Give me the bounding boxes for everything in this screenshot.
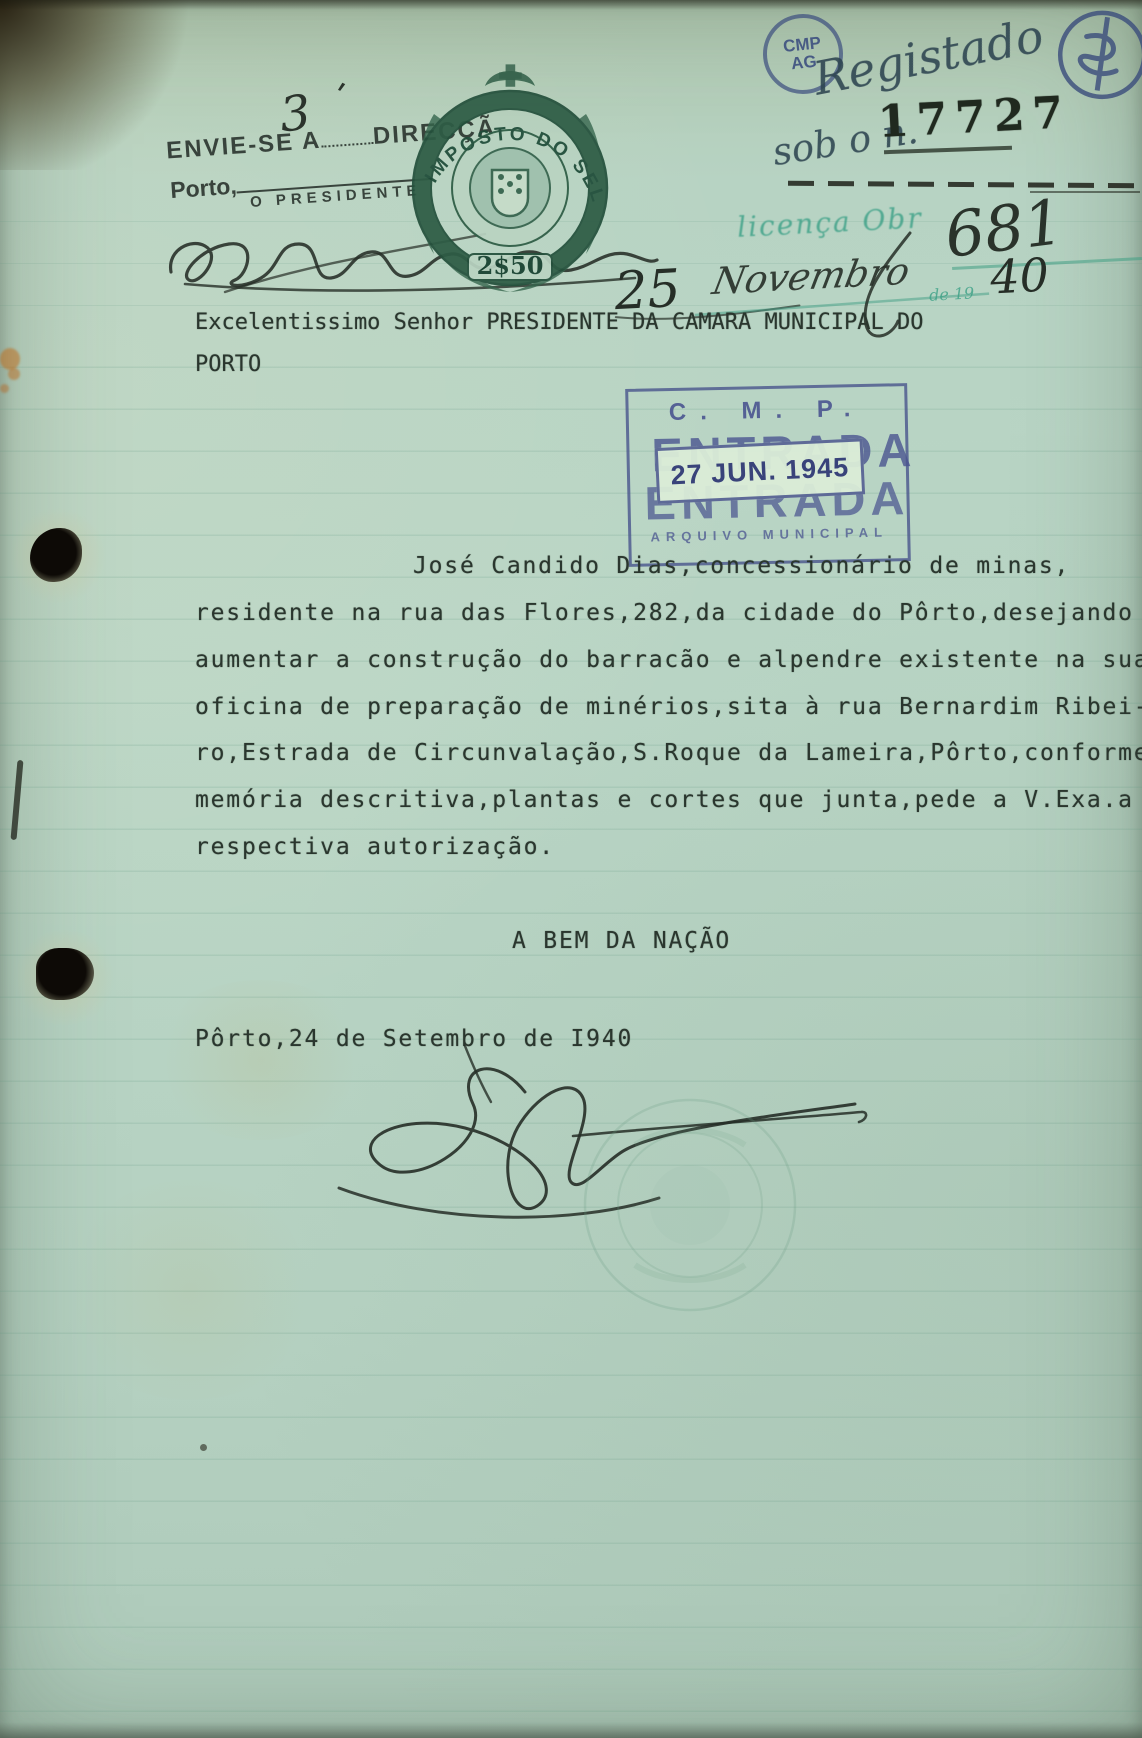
porto-label: Porto, <box>169 173 237 204</box>
handwritten-tick: ʹ <box>324 78 349 118</box>
registry-number: 17727 <box>877 87 1072 148</box>
bottom-edge-shadow <box>0 1722 1142 1738</box>
body-line: memória descritiva,plantas e cortes que … <box>195 787 1134 813</box>
tax-stamp-value: 2$50 <box>477 251 544 280</box>
entry-stamp: C. M. P. ENTRADA ENTRADA 27 JUN. 1945 AR… <box>625 383 911 567</box>
punch-hole-halo <box>8 508 108 603</box>
handwritten-year: 40 <box>988 247 1050 304</box>
entry-date: 27 JUN. 1945 <box>670 451 850 490</box>
entry-date-box: 27 JUN. 1945 <box>655 438 865 504</box>
foxing-spot <box>0 384 9 393</box>
dotted-fill-line <box>320 124 373 148</box>
tax-stamp-icon: IMPOSTO DO SELO 2$50 <box>400 58 620 298</box>
body-line: residente na rua das Flores,282,da cidad… <box>195 600 1134 626</box>
pen-mark <box>11 760 24 840</box>
salutation-line2: PORTO <box>195 352 261 377</box>
handwriting-descender <box>840 225 940 355</box>
handwritten-direction-number: 3 <box>277 85 313 144</box>
top-edge-shadow <box>0 0 1142 10</box>
speck <box>200 1444 207 1451</box>
embossed-seal-icon <box>575 1085 805 1325</box>
body-line: oficina de preparação de minérios,sita à… <box>195 694 1142 720</box>
document-page: ENVIE-SE ADIRECÇÃ Porto, O PRESIDENTE 3 … <box>0 0 1142 1738</box>
motto: A BEM DA NAÇÃO <box>512 928 731 954</box>
body-line: ro,Estrada de Circunvalação,S.Roque da L… <box>195 740 1142 766</box>
body-line: respectiva autorização. <box>195 834 555 860</box>
foxing-spot <box>8 368 20 380</box>
crossed-out-line <box>788 181 1142 188</box>
foxing-spot <box>0 348 20 370</box>
age-stain <box>60 1180 320 1400</box>
salutation-line1: Excelentissimo Senhor PRESIDENTE DA CAMA… <box>195 310 923 335</box>
body-line: aumentar a construção do barracão e alpe… <box>195 647 1142 673</box>
punch-hole <box>30 528 82 582</box>
punch-hole <box>36 948 94 1000</box>
punch-hole-halo <box>12 930 117 1025</box>
body-line: José Candido Dias,concessionário de mina… <box>413 553 1070 579</box>
handwritten-date-note: 25 Novembro 40 de 19 <box>598 232 1058 322</box>
